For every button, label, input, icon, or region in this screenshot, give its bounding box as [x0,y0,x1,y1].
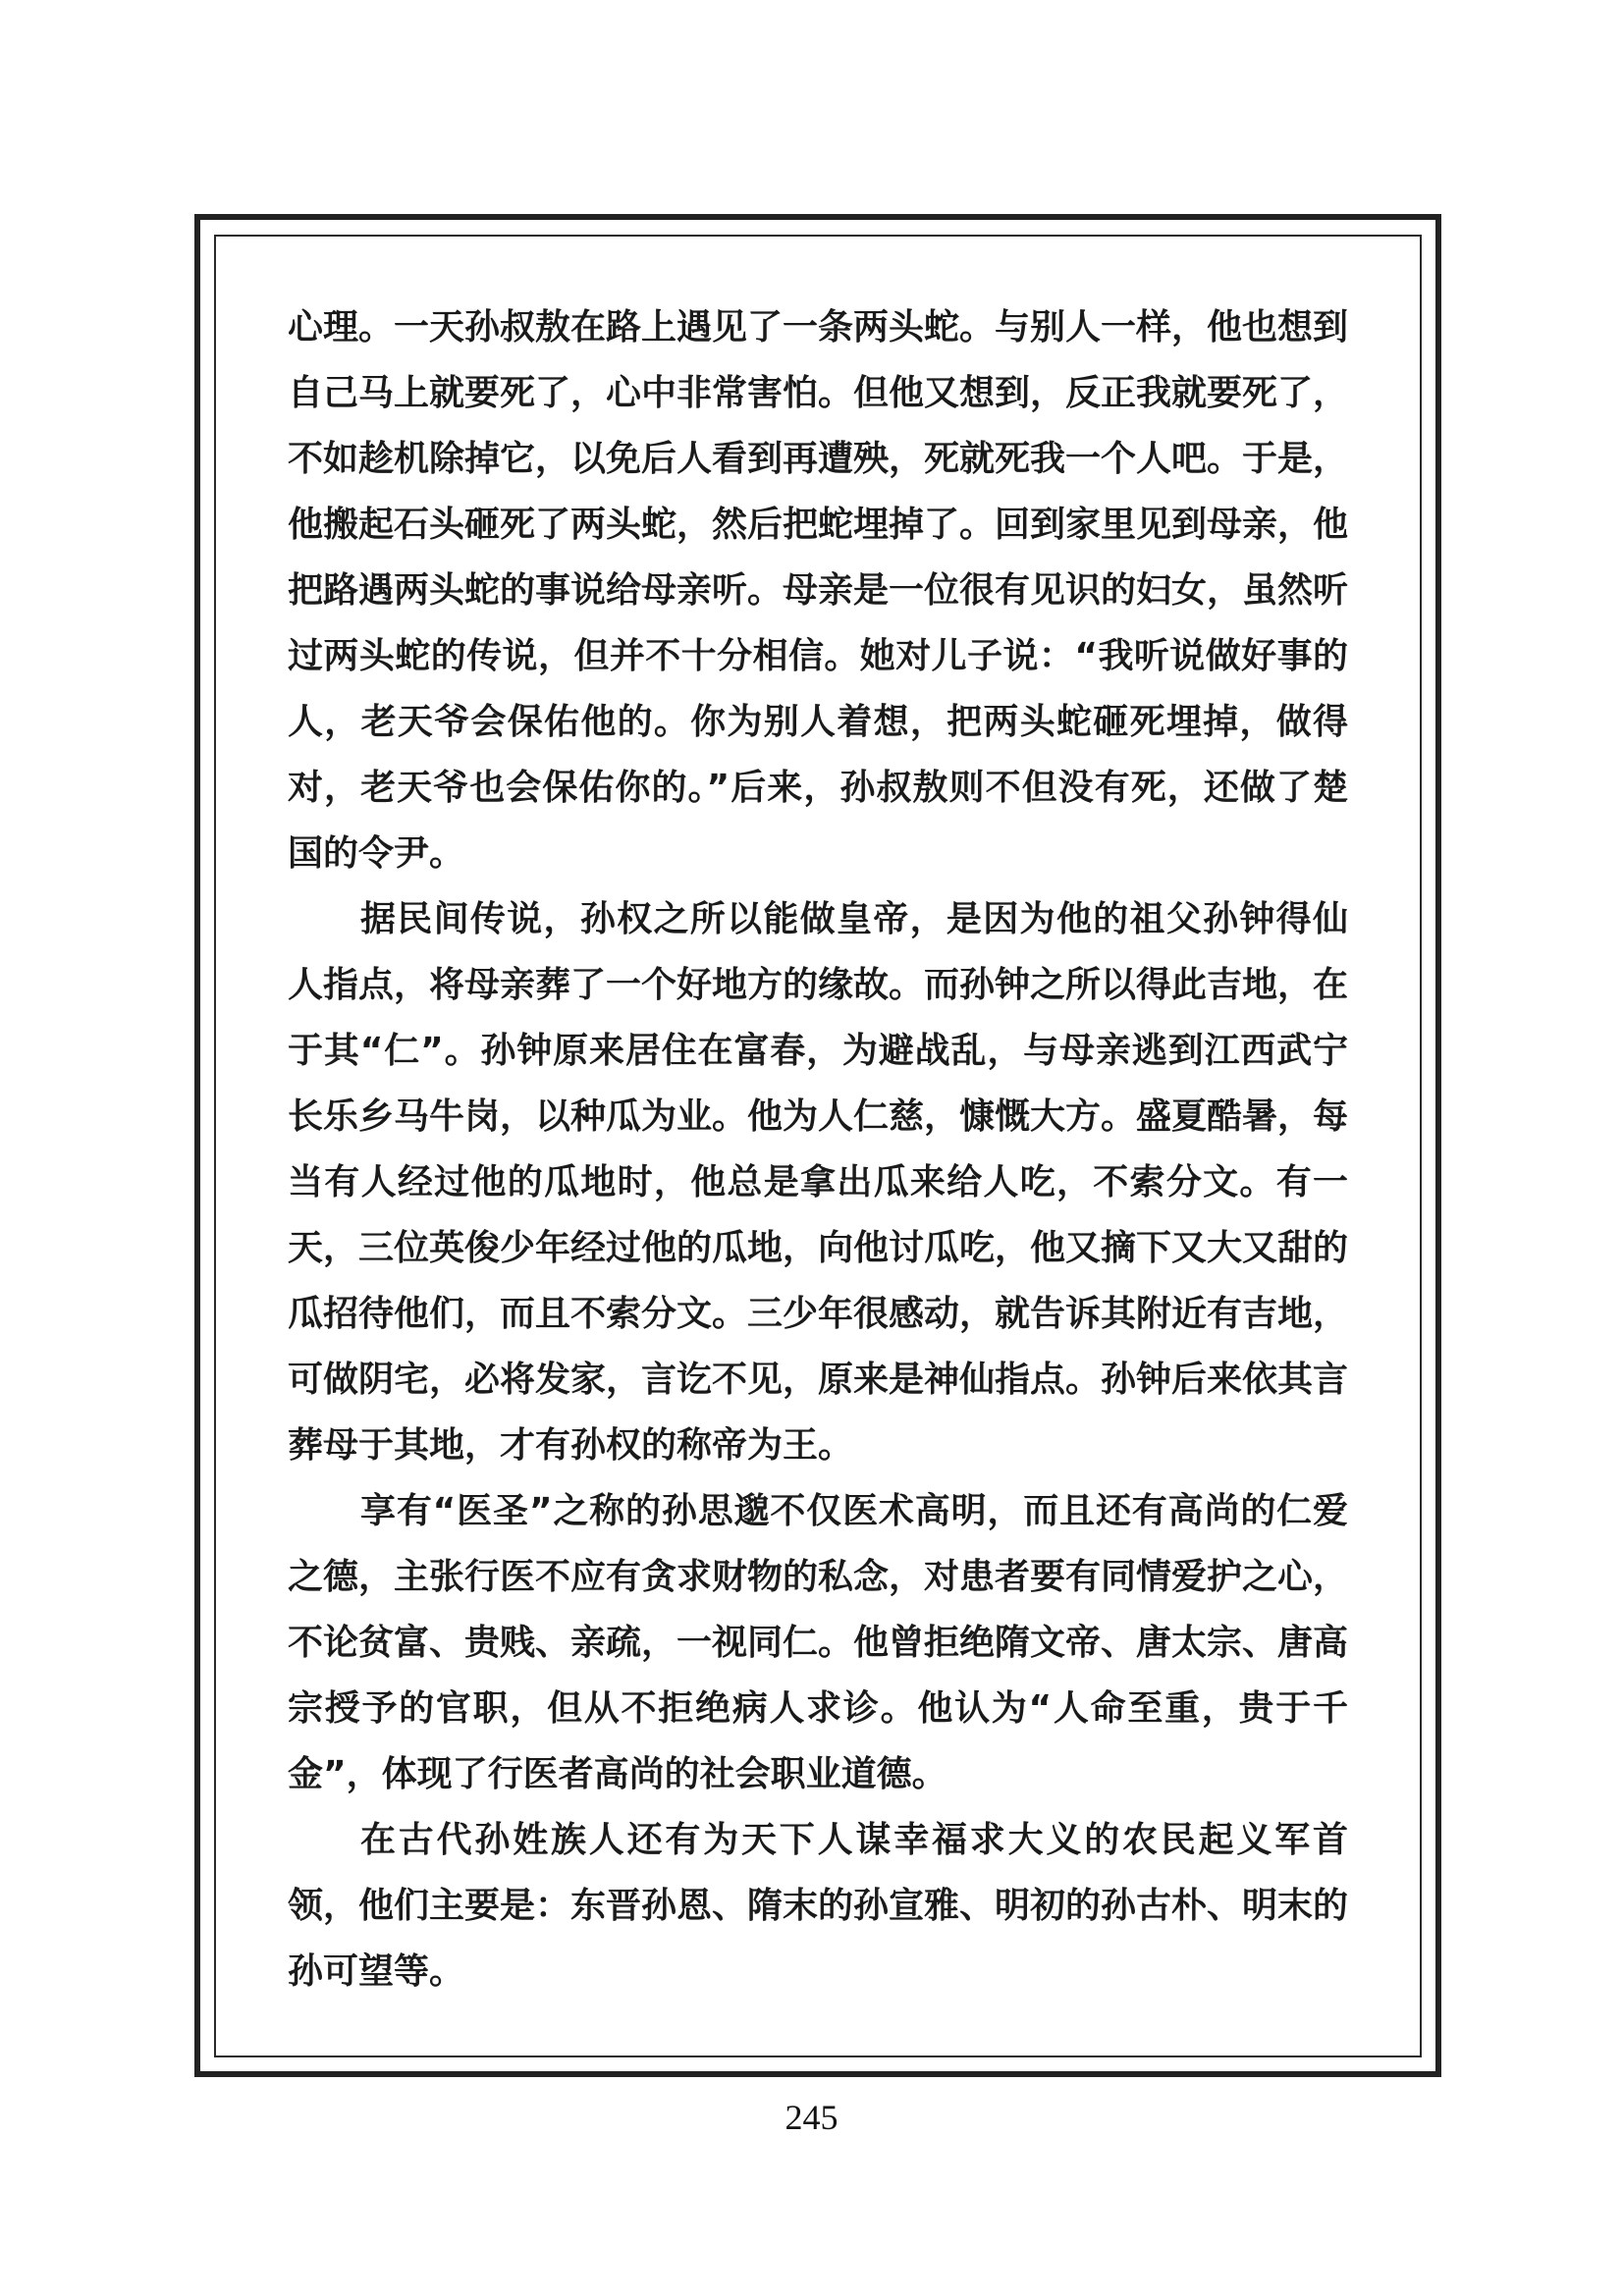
page-number: 245 [0,2097,1623,2138]
paragraph-sun-simiao: 享有“医圣”之称的孙思邈不仅医术高明，而且还有高尚的仁爱之德，主张行医不应有贪求… [288,1478,1348,1807]
paragraph-sun-zhong-legend: 据民间传说，孙权之所以能做皇帝，是因为他的祖父孙钟得仙人指点，将母亲葬了一个好地… [288,886,1348,1478]
body-text: 心理。一天孙叔敖在路上遇见了一条两头蛇。与别人一样，他也想到自己马上就要死了，心… [288,294,1348,2004]
paragraph-peasant-leaders: 在古代孙姓族人还有为天下人谋幸福求大义的农民起义军首领，他们主要是：东晋孙恩、隋… [288,1807,1348,2004]
paragraph-sun-shuao-snake: 心理。一天孙叔敖在路上遇见了一条两头蛇。与别人一样，他也想到自己马上就要死了，心… [288,294,1348,886]
